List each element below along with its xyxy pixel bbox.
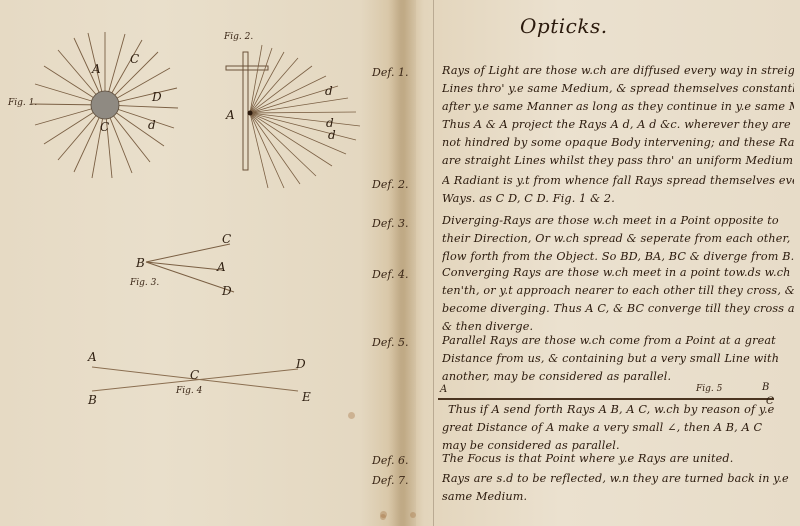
- fig3-label: Fig. 3.: [130, 278, 159, 288]
- text-line: may be considered as parallel.: [442, 439, 794, 452]
- text-line: Thus if A send forth Rays A B, A C, w.ch…: [448, 403, 800, 416]
- fig4-label: Fig. 4: [176, 386, 202, 396]
- fig5-point-b: B: [762, 382, 769, 393]
- def-4-label: Def. 4.: [372, 268, 409, 281]
- fig4-point-e: E: [302, 390, 311, 404]
- text-line: same Medium.: [442, 490, 794, 503]
- fig1-label: Fig. 1.: [8, 98, 37, 108]
- left-page: Fig. 1. A C D d C Fig. 2. A d d d: [0, 0, 400, 526]
- fig2-point-d3: d: [328, 128, 336, 142]
- fig1-point-c-top: C: [130, 52, 139, 66]
- fig2-point-a: A: [226, 108, 235, 122]
- fig1-point-c: C: [100, 120, 109, 134]
- fig1-radiant-diagram: [30, 30, 180, 180]
- text-line: great Distance of A make a very small ∠,…: [442, 421, 794, 434]
- text-line: Parallel Rays are those w.ch come from a…: [442, 334, 794, 347]
- margin-rule: [433, 0, 434, 526]
- fig4-point-a: A: [88, 350, 97, 364]
- fig2-point-d1: d: [325, 84, 333, 98]
- fig5-point-a: A: [440, 384, 447, 395]
- def-1-label: Def. 1.: [372, 66, 409, 79]
- text-line: not hindred by some opaque Body interven…: [442, 136, 794, 149]
- fig2-radiant-wall-diagram: [220, 40, 380, 190]
- text-line: are straight Lines whilst they pass thro…: [442, 154, 794, 167]
- text-line: flow forth from the Object. So BD, BA, B…: [442, 250, 794, 263]
- def-2-label: Def. 2.: [372, 178, 409, 191]
- fig4-point-c: C: [190, 368, 199, 382]
- text-line: Rays are s.d to be reflected, w.n they a…: [442, 472, 794, 485]
- fig2-label: Fig. 2.: [224, 32, 253, 42]
- text-line: Converging Rays are those w.ch meet in a…: [442, 266, 794, 279]
- fig3-point-a: A: [217, 260, 226, 274]
- text-line: become diverging. Thus A C, & BC converg…: [442, 302, 794, 315]
- fig5-label: Fig. 5: [696, 384, 722, 394]
- fig4-point-d: D: [296, 357, 306, 371]
- def-5-label: Def. 5.: [372, 336, 409, 349]
- fig1-point-d-lower: d: [148, 118, 156, 132]
- page-title: Opticks.: [520, 14, 608, 38]
- text-line: Thus A & A project the Rays A d, A d &c.…: [442, 118, 794, 131]
- stain: [380, 511, 387, 518]
- text-line: after y.e same Manner as long as they co…: [442, 100, 794, 113]
- text-line: & then diverge.: [442, 320, 794, 333]
- def-7-label: Def. 7.: [372, 474, 409, 487]
- fig5-parallel-rays-line: [438, 398, 774, 400]
- manuscript-spread: Fig. 1. A C D d C Fig. 2. A d d d: [0, 0, 800, 526]
- text-line: another, may be considered as parallel.: [442, 370, 794, 383]
- stain: [348, 412, 355, 419]
- text-line: Diverging-Rays are those w.ch meet in a …: [442, 214, 794, 227]
- text-line: Distance from us, & containing but a ver…: [442, 352, 794, 365]
- text-line: Ways. as C D, C D. Fig. 1 & 2.: [442, 192, 794, 205]
- fig1-point-d: D: [152, 90, 162, 104]
- fig4-point-b: B: [88, 393, 97, 407]
- fig3-point-d: D: [222, 284, 232, 298]
- stain: [410, 512, 416, 518]
- def-3-label: Def. 3.: [372, 217, 409, 230]
- text-line: ten'th, or y.t approach nearer to each o…: [442, 284, 794, 297]
- text-line: their Direction, Or w.ch spread & sepera…: [442, 232, 794, 245]
- def-6-label: Def. 6.: [372, 454, 409, 467]
- text-line: The Focus is that Point where y.e Rays a…: [442, 452, 794, 465]
- fig1-point-a: A: [92, 62, 101, 76]
- text-line: A Radiant is y.t from whence fall Rays s…: [442, 174, 794, 187]
- text-line: Rays of Light are those w.ch are diffuse…: [442, 64, 794, 77]
- fig3-point-c: C: [222, 232, 231, 246]
- text-line: Lines thro' y.e same Medium, & spread th…: [442, 82, 794, 95]
- fig3-point-b: B: [136, 256, 145, 270]
